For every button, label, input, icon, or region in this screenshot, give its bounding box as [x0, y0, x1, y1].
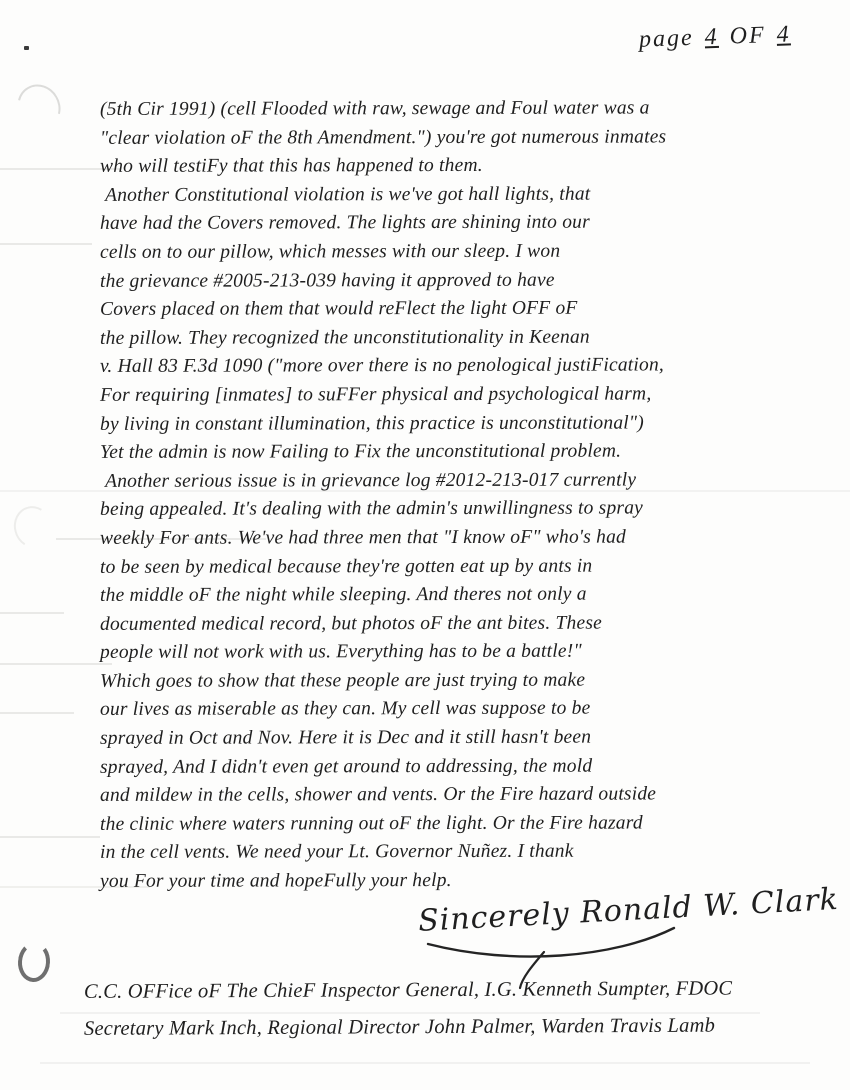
letter-line: who will testiFy that this has happened …: [100, 151, 806, 181]
page-label: page: [639, 25, 695, 53]
of-label: OF: [730, 22, 767, 49]
letter-line: people will not work with us. Everything…: [100, 637, 806, 667]
letter-line: have had the Covers removed. The lights …: [100, 208, 806, 238]
scan-streak: [0, 243, 92, 245]
punch-hole-middle: [9, 502, 57, 552]
letter-line: to be seen by medical because they're go…: [100, 552, 806, 582]
letter-line: "clear violation oF the 8th Amendment.")…: [100, 123, 806, 153]
letter-line: cells on to our pillow, which messes wit…: [100, 237, 806, 267]
letter-line: Another Constitutional violation is we'v…: [100, 180, 806, 210]
letter-page: page 4 OF 4 (5th Cir 1991) (cell Flooded…: [0, 0, 850, 1090]
letter-line: Another serious issue is in grievance lo…: [100, 466, 806, 496]
letter-line: and mildew in the cells, shower and vent…: [100, 780, 806, 810]
letter-line: (5th Cir 1991) (cell Flooded with raw, s…: [100, 94, 806, 124]
letter-line: our lives as miserable as they can. My c…: [100, 695, 806, 725]
letter-line: Yet the admin is now Failing to Fix the …: [100, 437, 806, 467]
page-number-header: page 4 OF 4: [639, 21, 795, 53]
cc-block: C.C. OFFice oF The ChieF Inspector Gener…: [84, 972, 814, 1046]
scan-streak: [0, 836, 100, 838]
letter-line: Which goes to show that these people are…: [100, 666, 806, 696]
letter-line: the grievance #2005-213-039 having it ap…: [100, 266, 806, 296]
scan-streak: [0, 712, 74, 714]
scan-streak: [0, 612, 64, 614]
punch-hole-bottom: [17, 941, 52, 983]
letter-line: the middle oF the night while sleeping. …: [100, 580, 806, 610]
letter-line: v. Hall 83 F.3d 1090 ("more over there i…: [100, 351, 806, 381]
letter-line: weekly For ants. We've had three men tha…: [100, 523, 806, 553]
letter-line: documented medical record, but photos oF…: [100, 609, 806, 639]
letter-line: the pillow. They recognized the unconsti…: [100, 323, 806, 353]
letter-line: Covers placed on them that would reFlect…: [100, 294, 806, 324]
letter-line: by living in constant illumination, this…: [100, 409, 806, 439]
scan-streak: [0, 663, 112, 665]
total-pages: 4: [773, 21, 794, 48]
scan-streak: [40, 1062, 810, 1064]
cc-line: C.C. OFFice oF The ChieF Inspector Gener…: [84, 970, 814, 1011]
scan-speck: [24, 46, 29, 50]
page-number: 4: [702, 24, 723, 51]
cc-line: Secretary Mark Inch, Regional Director J…: [84, 1007, 814, 1048]
letter-line: sprayed, And I didn't even get around to…: [100, 752, 806, 782]
letter-body: (5th Cir 1991) (cell Flooded with raw, s…: [100, 95, 806, 896]
punch-hole-top: [9, 77, 68, 138]
letter-line: For requiring [inmates] to suFFer physic…: [100, 380, 806, 410]
letter-line: being appealed. It's dealing with the ad…: [100, 494, 806, 524]
letter-line: sprayed in Oct and Nov. Here it is Dec a…: [100, 723, 806, 753]
letter-line: the clinic where waters running out oF t…: [100, 809, 806, 839]
letter-line: in the cell vents. We need your Lt. Gove…: [100, 838, 806, 868]
